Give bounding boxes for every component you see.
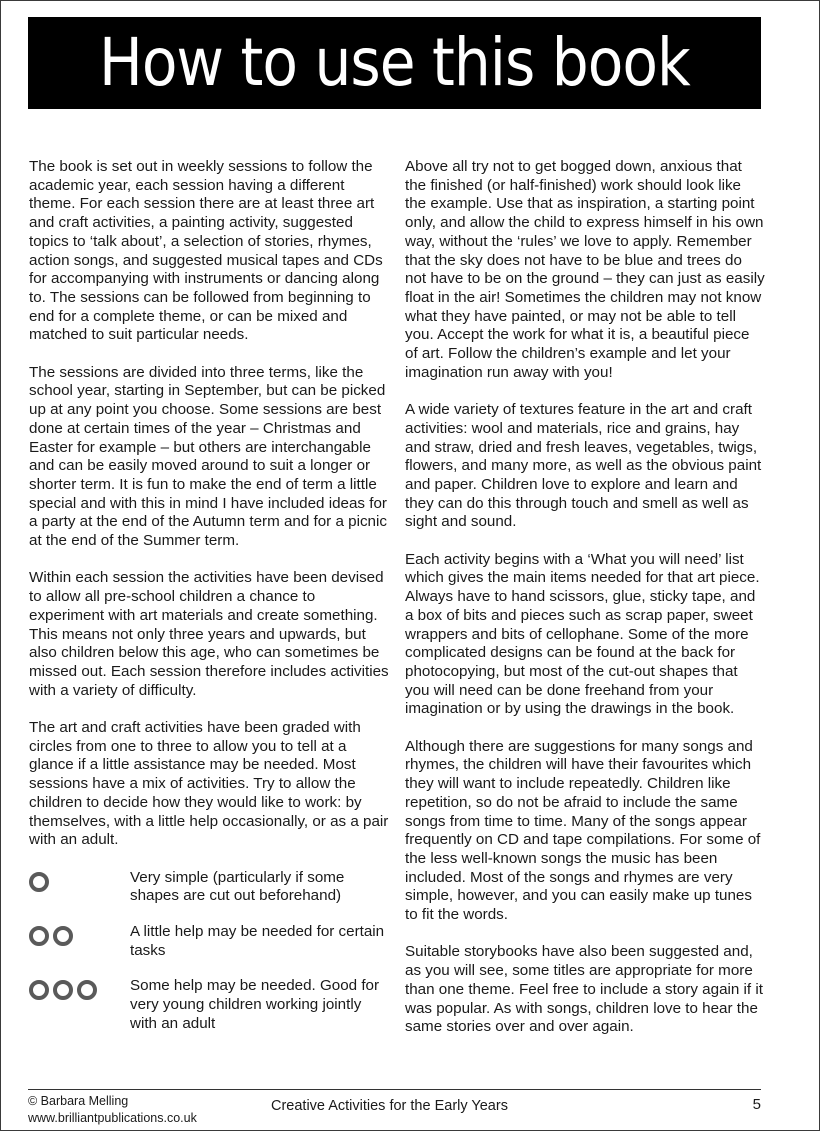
difficulty-circle-icon: [53, 926, 73, 946]
paragraph: A wide variety of textures feature in th…: [405, 401, 765, 532]
difficulty-circles: [29, 869, 130, 906]
difficulty-circle-icon: [29, 980, 49, 1000]
paragraph: The book is set out in weekly sessions t…: [29, 158, 389, 345]
left-column: The book is set out in weekly sessions t…: [29, 158, 389, 1051]
paragraph: Above all try not to get bogged down, an…: [405, 158, 765, 382]
legend-row-three-circles: Some help may be needed. Good for very y…: [29, 977, 389, 1033]
difficulty-circle-icon: [77, 980, 97, 1000]
paragraph: Suitable storybooks have also been sugge…: [405, 943, 765, 1037]
page-title: How to use this book: [99, 30, 690, 96]
difficulty-circle-icon: [29, 872, 49, 892]
legend-text: Very simple (particularly if some shapes…: [130, 869, 389, 906]
paragraph: Each activity begins with a ‘What you wi…: [405, 551, 765, 719]
page-number: 5: [753, 1096, 761, 1113]
legend-row-two-circles: A little help may be needed for certain …: [29, 923, 389, 960]
right-column: Above all try not to get bogged down, an…: [405, 158, 765, 1056]
difficulty-circle-icon: [29, 926, 49, 946]
legend-text: Some help may be needed. Good for very y…: [130, 977, 389, 1033]
paragraph: The sessions are divided into three term…: [29, 364, 389, 551]
title-banner: How to use this book: [28, 17, 761, 109]
difficulty-circles: [29, 977, 130, 1033]
footer-divider: [28, 1089, 761, 1090]
legend-text: A little help may be needed for certain …: [130, 923, 389, 960]
paragraph: The art and craft activities have been g…: [29, 719, 389, 850]
difficulty-circles: [29, 923, 130, 960]
paragraph: Although there are suggestions for many …: [405, 738, 765, 925]
legend-row-one-circle: Very simple (particularly if some shapes…: [29, 869, 389, 906]
difficulty-legend: Very simple (particularly if some shapes…: [29, 869, 389, 1034]
footer-book-title: Creative Activities for the Early Years: [271, 1098, 508, 1114]
footer-credits: © Barbara Melling www.brilliantpublicati…: [28, 1093, 197, 1127]
document-page: How to use this book The book is set out…: [0, 0, 820, 1131]
website-link[interactable]: www.brilliantpublications.co.uk: [28, 1110, 197, 1127]
difficulty-circle-icon: [53, 980, 73, 1000]
paragraph: Within each session the activities have …: [29, 569, 389, 700]
copyright-text: © Barbara Melling: [28, 1093, 197, 1110]
